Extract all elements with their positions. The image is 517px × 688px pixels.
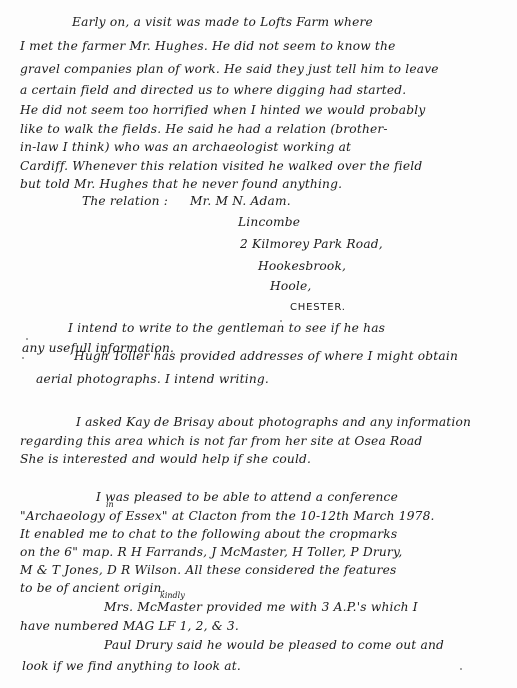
scan-speck — [460, 668, 462, 670]
text-line: a certain field and directed us to where… — [20, 84, 406, 96]
text-line: look if we find anything to look at. — [22, 660, 241, 672]
text-line: to be of ancient origin. — [20, 582, 166, 594]
text-line: Cardiff. Whenever this relation visited … — [20, 160, 422, 172]
text-line: Paul Drury said he would be pleased to c… — [104, 639, 444, 651]
text-line: I met the farmer Mr. Hughes. He did not … — [20, 40, 396, 52]
text-line: Early on, a visit was made to Lofts Farm… — [72, 16, 373, 28]
text-line: She is interested and would help if she … — [20, 453, 311, 465]
address-line: Hookesbrook, — [258, 260, 346, 272]
text-line: Hugh Toller has provided addresses of wh… — [74, 350, 458, 362]
scan-speck — [22, 357, 24, 359]
text-line: I intend to write to the gentleman to se… — [68, 322, 385, 334]
text-line: on the 6" map. R H Farrands, J McMaster,… — [20, 546, 402, 558]
address-line: Lincombe — [238, 216, 300, 228]
relation-name: Mr. M N. Adam. — [190, 195, 291, 207]
text-line: like to walk the fields. He said he had … — [20, 123, 388, 135]
handwritten-page: Early on, a visit was made to Lofts Farm… — [0, 0, 517, 688]
text-line: but told Mr. Hughes that he never found … — [20, 178, 342, 190]
text-line: have numbered MAG LF 1, 2, & 3. — [20, 620, 239, 632]
text-line: "Archaeology of Essex" at Clacton from t… — [20, 510, 435, 522]
relation-label: The relation : — [82, 195, 168, 207]
text-line: I was pleased to be able to attend a con… — [96, 491, 398, 503]
address-line: Hoole, — [270, 280, 312, 292]
text-line: It enabled me to chat to the following a… — [20, 528, 397, 540]
insert-note: kindly — [160, 591, 185, 600]
text-line: M & T Jones, D R Wilson. All these consi… — [20, 564, 397, 576]
text-line: gravel companies plan of work. He said t… — [20, 63, 439, 75]
text-line: Mrs. McMaster provided me with 3 A.P.'s … — [104, 601, 418, 613]
text-line: in-law I think) who was an archaeologist… — [20, 141, 351, 153]
insert-note: in — [106, 500, 114, 509]
address-line: CHESTER. — [290, 303, 346, 313]
text-line: regarding this area which is not far fro… — [20, 435, 422, 447]
text-line: He did not seem too horrified when I hin… — [20, 104, 425, 116]
text-line: aerial photographs. I intend writing. — [36, 373, 269, 385]
text-line: I asked Kay de Brisay about photographs … — [76, 416, 471, 428]
scan-speck — [26, 338, 28, 340]
address-line: 2 Kilmorey Park Road, — [240, 238, 383, 250]
scan-speck — [280, 320, 282, 322]
